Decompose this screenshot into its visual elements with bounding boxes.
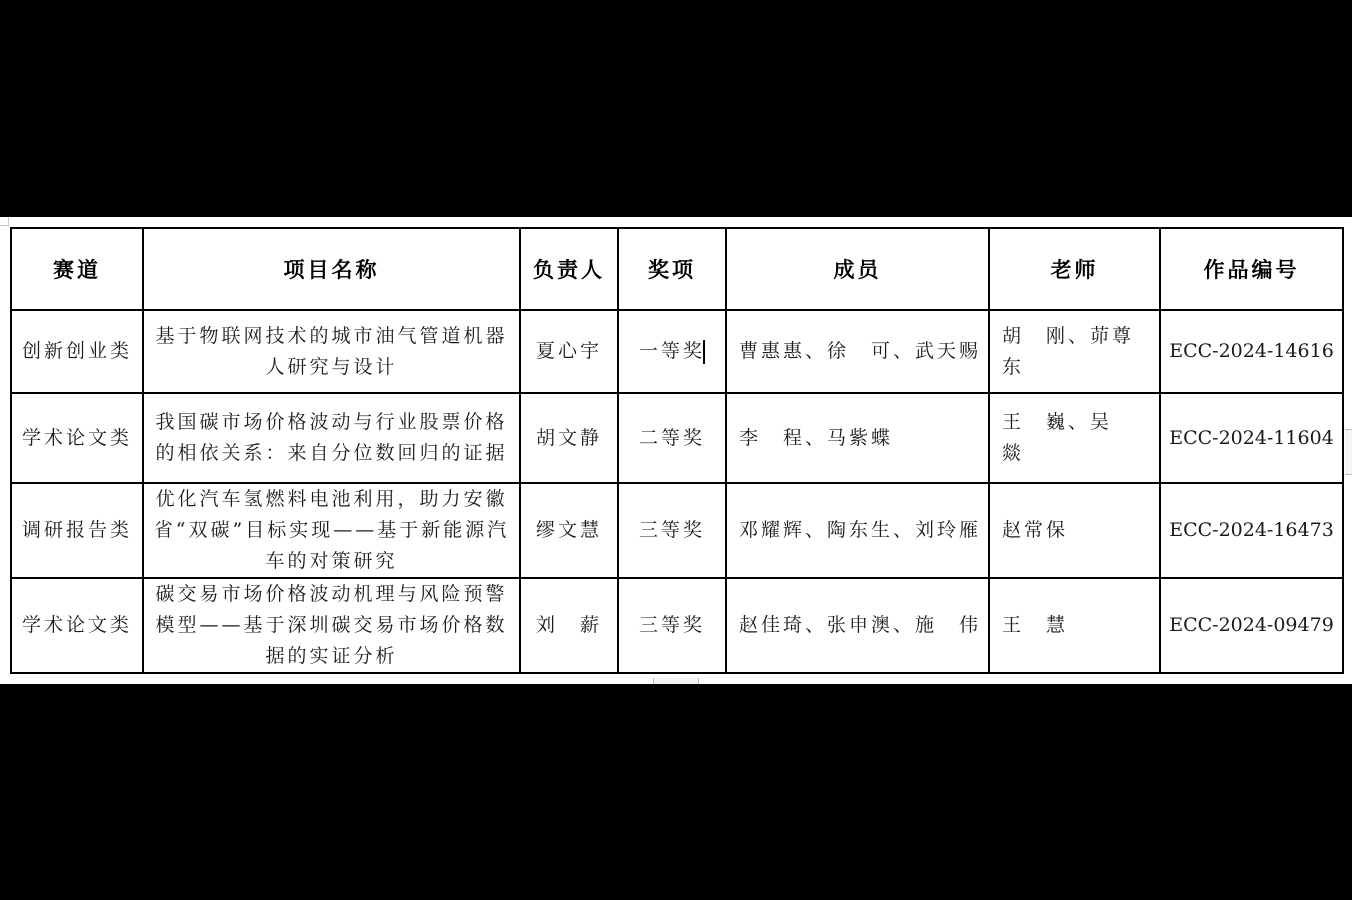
cell-teachers[interactable]: 赵常保 [989, 483, 1160, 578]
cell-work-code[interactable]: ECC-2024-09479 [1160, 578, 1343, 673]
cell-teachers[interactable]: 王 巍、吴 燚 [989, 393, 1160, 483]
cell-teachers[interactable]: 王 慧 [989, 578, 1160, 673]
cell-track[interactable]: 学术论文类 [11, 393, 143, 483]
header-work-code: 作品编号 [1160, 228, 1343, 310]
header-project-name: 项目名称 [143, 228, 520, 310]
table-row: 学术论文类 我国碳市场价格波动与行业股票价格的相依关系：来自分位数回归的证据 胡… [11, 393, 1343, 483]
page-corner-marker [0, 217, 9, 226]
cell-project-name[interactable]: 我国碳市场价格波动与行业股票价格的相依关系：来自分位数回归的证据 [143, 393, 520, 483]
table-header-row: 赛道 项目名称 负责人 奖项 成员 老师 作品编号 [11, 228, 1343, 310]
cell-work-code[interactable]: ECC-2024-16473 [1160, 483, 1343, 578]
cell-award[interactable]: 二等奖 [618, 393, 726, 483]
table-row: 创新创业类 基于物联网技术的城市油气管道机器人研究与设计 夏心宇 一等奖 曹惠惠… [11, 310, 1343, 393]
cell-project-name[interactable]: 碳交易市场价格波动机理与风险预警模型——基于深圳碳交易市场价格数据的实证分析 [143, 578, 520, 673]
cell-award[interactable]: 三等奖 [618, 578, 726, 673]
cell-leader[interactable]: 刘 薪 [520, 578, 618, 673]
table-row: 调研报告类 优化汽车氢燃料电池利用，助力安徽省“双碳”目标实现——基于新能源汽车… [11, 483, 1343, 578]
cell-members[interactable]: 邓耀辉、陶东生、刘玲雁 [726, 483, 989, 578]
cell-track[interactable]: 调研报告类 [11, 483, 143, 578]
cell-leader[interactable]: 胡文静 [520, 393, 618, 483]
table-resize-handle-bottom[interactable] [653, 678, 699, 684]
cell-members[interactable]: 曹惠惠、徐 可、武天赐 [726, 310, 989, 393]
header-award: 奖项 [618, 228, 726, 310]
header-members: 成员 [726, 228, 989, 310]
cell-teachers[interactable]: 胡 刚、茆尊东 [989, 310, 1160, 393]
table-row: 学术论文类 碳交易市场价格波动机理与风险预警模型——基于深圳碳交易市场价格数据的… [11, 578, 1343, 673]
cell-work-code[interactable]: ECC-2024-11604 [1160, 393, 1343, 483]
cell-project-name[interactable]: 优化汽车氢燃料电池利用，助力安徽省“双碳”目标实现——基于新能源汽车的对策研究 [143, 483, 520, 578]
cell-project-name[interactable]: 基于物联网技术的城市油气管道机器人研究与设计 [143, 310, 520, 393]
cell-leader[interactable]: 缪文慧 [520, 483, 618, 578]
document-page: 赛道 项目名称 负责人 奖项 成员 老师 作品编号 创新创业类 基于物联网技术的… [0, 217, 1352, 684]
table-resize-handle-right[interactable] [1345, 429, 1352, 475]
cell-award[interactable]: 三等奖 [618, 483, 726, 578]
cell-work-code[interactable]: ECC-2024-14616 [1160, 310, 1343, 393]
cell-leader[interactable]: 夏心宇 [520, 310, 618, 393]
cell-track[interactable]: 创新创业类 [11, 310, 143, 393]
text-cursor [703, 340, 705, 364]
cell-members[interactable]: 李 程、马紫蝶 [726, 393, 989, 483]
cell-award: 一等奖 [639, 340, 705, 362]
cell-members[interactable]: 赵佳琦、张申澳、施 伟 [726, 578, 989, 673]
header-teachers: 老师 [989, 228, 1160, 310]
cell-award-editing[interactable]: 一等奖 [618, 310, 726, 393]
award-table: 赛道 项目名称 负责人 奖项 成员 老师 作品编号 创新创业类 基于物联网技术的… [10, 227, 1344, 674]
cell-track[interactable]: 学术论文类 [11, 578, 143, 673]
header-track: 赛道 [11, 228, 143, 310]
header-leader: 负责人 [520, 228, 618, 310]
